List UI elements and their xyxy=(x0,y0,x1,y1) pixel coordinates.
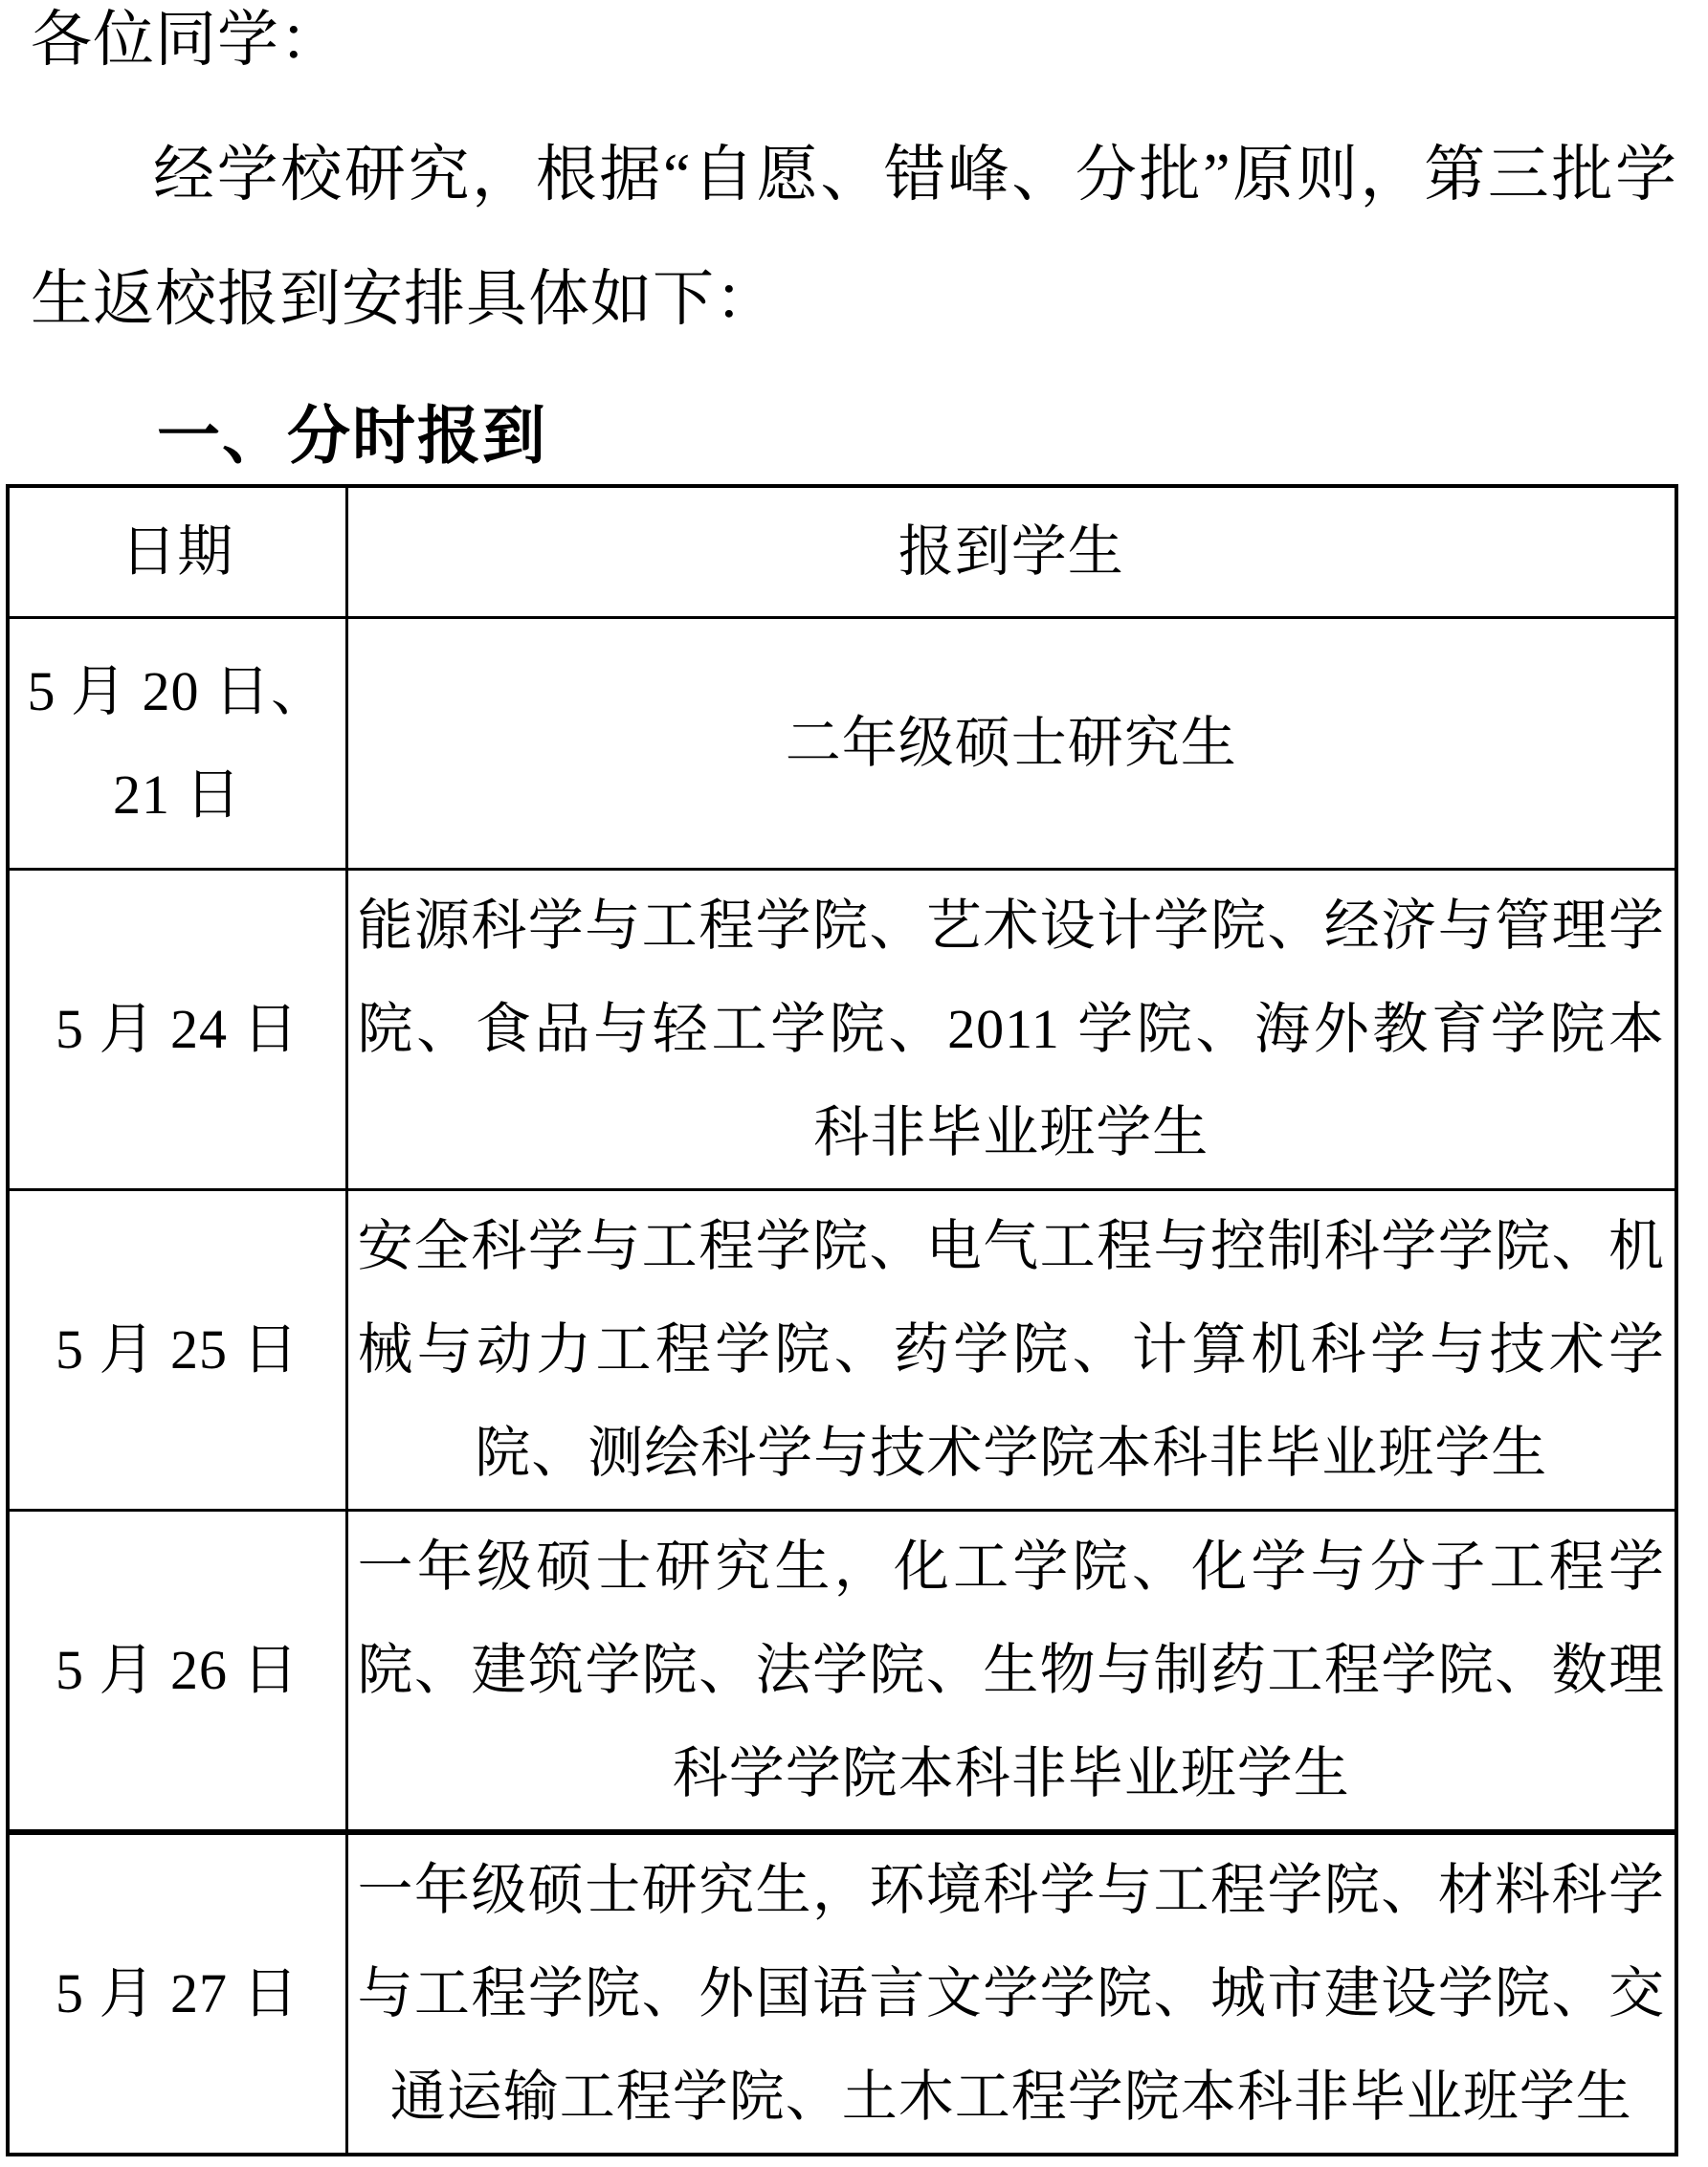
date-cell: 5 月 24 日 xyxy=(8,870,346,1190)
greeting-line: 各位同学： xyxy=(31,4,1677,77)
students-cell: 二年级硕士研究生 xyxy=(346,618,1676,870)
table-row: 5 月 24 日 能源科学与工程学院、艺术设计学院、经济与管理学院、食品与轻工学… xyxy=(8,870,1676,1190)
table-row: 5 月 25 日 安全科学与工程学院、电气工程与控制科学学院、机械与动力工程学院… xyxy=(8,1190,1676,1511)
table-row: 5 月 20 日、21 日 二年级硕士研究生 xyxy=(8,618,1676,870)
table-header-row: 日期 报到学生 xyxy=(8,486,1676,618)
students-cell: 一年级硕士研究生，化工学院、化学与分子工程学院、建筑学院、法学院、生物与制药工程… xyxy=(346,1511,1676,1833)
students-cell: 一年级硕士研究生，环境科学与工程学院、材料科学与工程学院、外国语言文学学院、城市… xyxy=(346,1832,1676,2155)
date-cell: 5 月 25 日 xyxy=(8,1190,346,1511)
date-cell: 5 月 20 日、21 日 xyxy=(8,618,346,870)
table-row: 5 月 27 日 一年级硕士研究生，环境科学与工程学院、材料科学与工程学院、外国… xyxy=(8,1832,1676,2155)
date-column-header: 日期 xyxy=(8,486,346,618)
students-cell: 安全科学与工程学院、电气工程与控制科学学院、机械与动力工程学院、药学院、计算机科… xyxy=(346,1190,1676,1511)
report-schedule-table: 日期 报到学生 5 月 20 日、21 日 二年级硕士研究生 5 月 24 日 … xyxy=(6,484,1678,2156)
date-cell: 5 月 26 日 xyxy=(8,1511,346,1833)
section-title: 一、分时报到 xyxy=(31,404,1677,471)
date-cell: 5 月 27 日 xyxy=(8,1832,346,2155)
table-row: 5 月 26 日 一年级硕士研究生，化工学院、化学与分子工程学院、建筑学院、法学… xyxy=(8,1511,1676,1833)
students-column-header: 报到学生 xyxy=(346,486,1676,618)
students-cell: 能源科学与工程学院、艺术设计学院、经济与管理学院、食品与轻工学院、2011 学院… xyxy=(346,870,1676,1190)
notice-document: 各位同学： 经学校研究，根据“自愿、错峰、分批”原则，第三批学生返校报到安排具体… xyxy=(0,4,1708,2156)
intro-paragraph: 经学校研究，根据“自愿、错峰、分批”原则，第三批学生返校报到安排具体如下： xyxy=(31,113,1677,362)
